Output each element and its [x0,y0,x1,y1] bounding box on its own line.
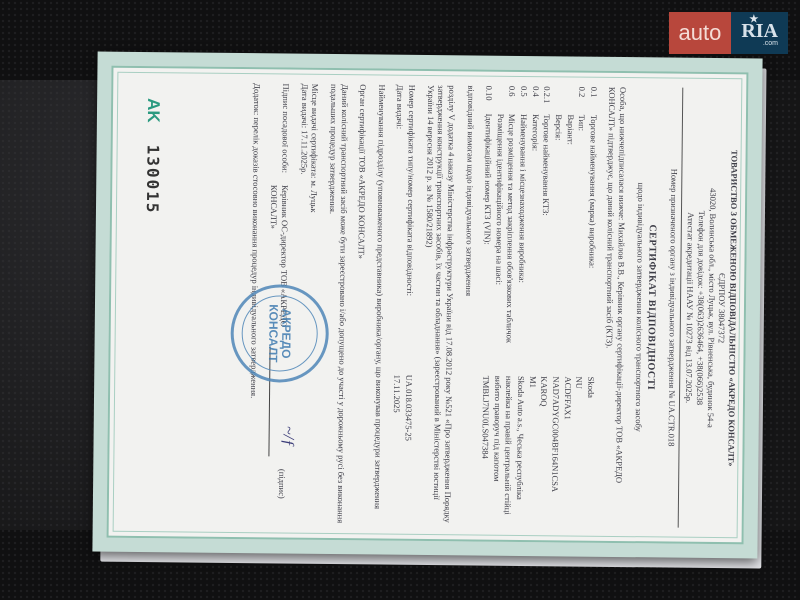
row-value: NAD7ADYGC004BF164N1CSA [549,376,561,526]
row-label: Версія: [550,114,563,370]
row-number: 0.1 [588,87,599,109]
certificate-body: ТОВАРИСТВО З ОБМЕЖЕНОЮ ВІДПОВІДАЛЬНІСТЮ … [115,82,740,528]
row-value: TMBLJ7NU0LS047384 [479,376,491,526]
row-value: наклейка на правій центральній стійці [502,376,514,526]
row-label: Торгове найменування (марка) виробника: [585,115,598,371]
issue-date-value: 17.11.2025 [390,375,402,525]
vehicle-data-table: 0.1Торгове найменування (марка) виробник… [479,86,599,527]
row-number: 0.2.1 [541,86,552,108]
stamp-line-2: КОНСАЛТ [267,304,280,362]
company-stamp-icon: АКРЕДО КОНСАЛТ [230,284,329,383]
star-icon: ★ [749,14,758,25]
stamp-line-1: АКРЕДО [279,304,292,362]
row-label: Найменування і місцезнаходження виробник… [515,114,528,370]
row-number [553,86,564,108]
conformity-statement: відповідний вимогам щодо індивідуального… [460,85,475,525]
row-value: NU [572,377,584,527]
row-number: 0.4 [530,86,541,108]
stamp-text: АКРЕДО КОНСАЛТ [267,304,293,363]
row-value: вибито праворуч під капотом [490,376,502,526]
row-label: Категорія: [527,114,540,370]
certificate-frame: AK 130015 ТОВАРИСТВО З ОБМЕЖЕНОЮ ВІДПОВІ… [107,66,749,545]
regulation-reference: розділу V додатка 4 наказу Міністерства … [420,85,456,525]
signature-icon: ~/ƒ [277,426,297,447]
issue-date-label: Дата видачі: [392,85,406,369]
certificate-sheet: AK 130015 ТОВАРИСТВО З ОБМЕЖЕНОЮ ВІДПОВІ… [92,52,762,559]
row-label: Торгове найменування КТЗ: [539,114,552,370]
row-number [565,86,576,108]
authority-note: Найменування підрозділу (уповноваженого … [371,84,386,524]
row-label: Тип: [573,115,586,371]
watermark-domain: .com [763,40,778,47]
row-number: 0.2 [576,87,587,109]
row-value: Skoda Auto a.s., Чеська республіка [514,376,526,526]
row-number [495,86,506,108]
signature-caption: (підпис) [265,469,287,499]
row-label: Місце розміщення та метод закріплення об… [504,114,517,370]
row-label: Варіант: [562,114,575,370]
authority-name: Орган сертифікації ТОВ «АКРЕДО КОНСАЛТ» [353,84,368,524]
row-number: 0.5 [518,86,529,108]
row-label: Розміщення ідентифікаційного номера на ш… [492,114,505,370]
cert-number-value: UA.018.033475-25 [402,375,414,525]
certificate-intro: Особа, що нижчепідписалася нижче: Михайл… [602,87,628,527]
certificate-paper: AK 130015 ТОВАРИСТВО З ОБМЕЖЕНОЮ ВІДПОВІ… [92,52,762,559]
row-value: M1 [525,376,537,526]
row-number: 0.6 [506,86,517,108]
row-label: Ідентифікаційний номер КТЗ (VIN): [480,114,493,370]
signer-label: Підпис посадової особи: [269,83,291,173]
row-value: Skoda [583,377,595,527]
watermark-auto: auto [669,12,732,54]
row-value: KAROQ [537,376,549,526]
row-value: ACDFFAX1 [560,376,572,526]
watermark-ria: ★ RIA .com [731,12,788,54]
cert-number-label: Номер сертифіката типу/номер сертифіката… [403,85,417,369]
autoria-watermark: auto ★ RIA .com [669,12,789,54]
registration-note: Даний колісний транспортний засіб може б… [324,84,350,524]
row-number: 0.10 [483,86,494,108]
